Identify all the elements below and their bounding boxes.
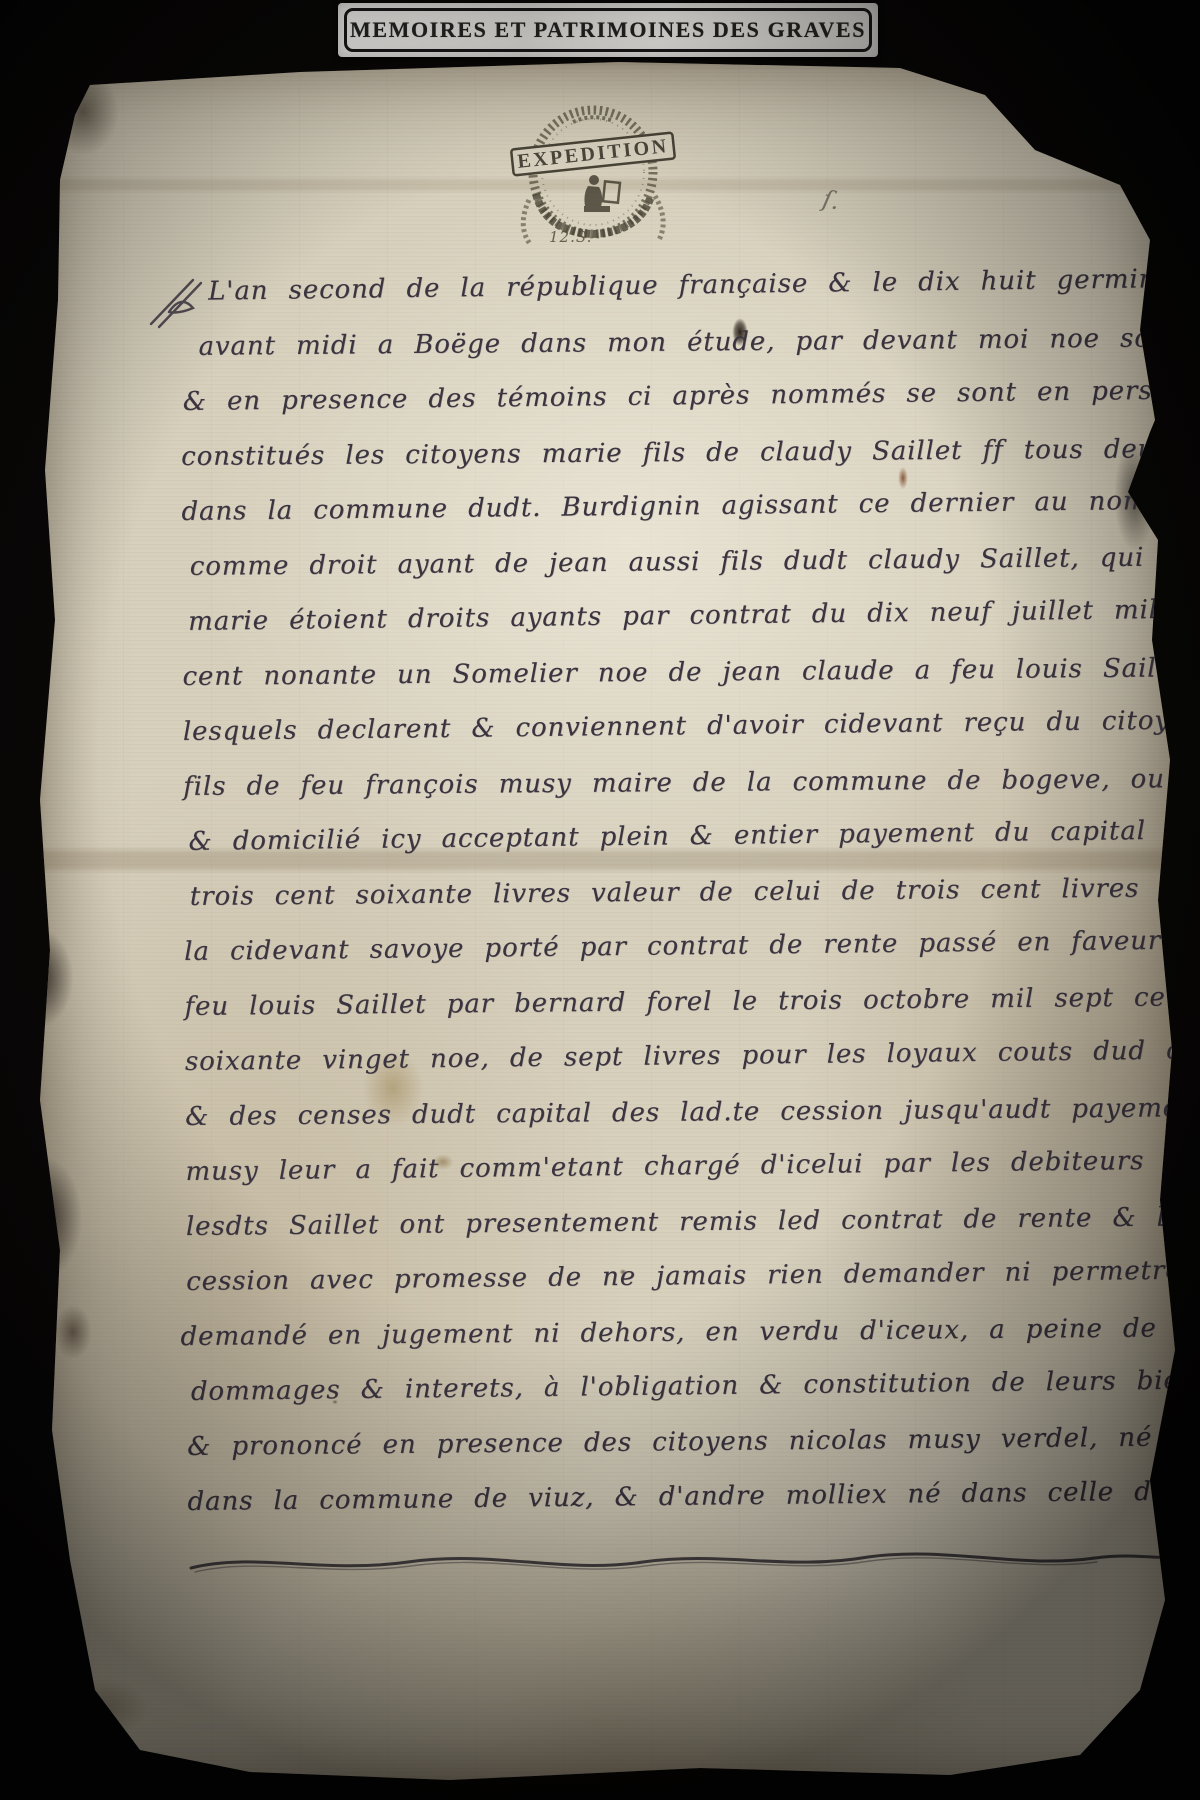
seal-scribe-figure-icon: [584, 175, 620, 212]
manuscript-line: cession avec promesse de ne jamais rien …: [186, 1244, 1187, 1310]
expedition-seal-icon: EXPEDITION 12.S.: [497, 92, 685, 252]
manuscript-line: & en presence des témoins ci après nommé…: [181, 364, 1182, 430]
manuscript-paper: EXPEDITION 12.S. ſ. L'an second de la ré…: [35, 60, 1180, 1785]
manuscript-line: dommages & interets, à l'obligation & co…: [191, 1354, 1188, 1420]
margin-mark: ſ.: [820, 185, 842, 216]
manuscript-text: L'an second de la république française &…: [180, 259, 1188, 1530]
manuscript-line: marie étoient droits ayants par contrat …: [182, 583, 1183, 650]
closing-flourish-line: [183, 1538, 1193, 1582]
manuscript-line: dans la commune dudt. Burdignin agissant…: [181, 474, 1182, 540]
plaque-label: MEMOIRES ET PATRIMOINES DES GRAVES: [350, 17, 866, 43]
manuscript-line: la cidevant savoye porté par contrat de …: [184, 914, 1185, 980]
title-plaque-frame: MEMOIRES ET PATRIMOINES DES GRAVES: [344, 8, 872, 52]
manuscript-line: & domicilié icy acceptant plein & entier…: [183, 804, 1184, 870]
manuscript-line: soixante vinget noe, de sept livres pour…: [185, 1024, 1186, 1090]
title-plaque: MEMOIRES ET PATRIMOINES DES GRAVES: [338, 3, 878, 57]
manuscript-line: lesquels declarent & conviennent d'avoir…: [183, 694, 1184, 760]
manuscript-line: dans la commune de viuz, & d'andre molli…: [187, 1465, 1188, 1530]
seal-number-text: 12.S.: [549, 228, 592, 246]
manuscript-line: L'an second de la république française &…: [180, 252, 1181, 320]
manuscript-line: musy leur a fait comm'etant chargé d'ice…: [185, 1134, 1186, 1200]
